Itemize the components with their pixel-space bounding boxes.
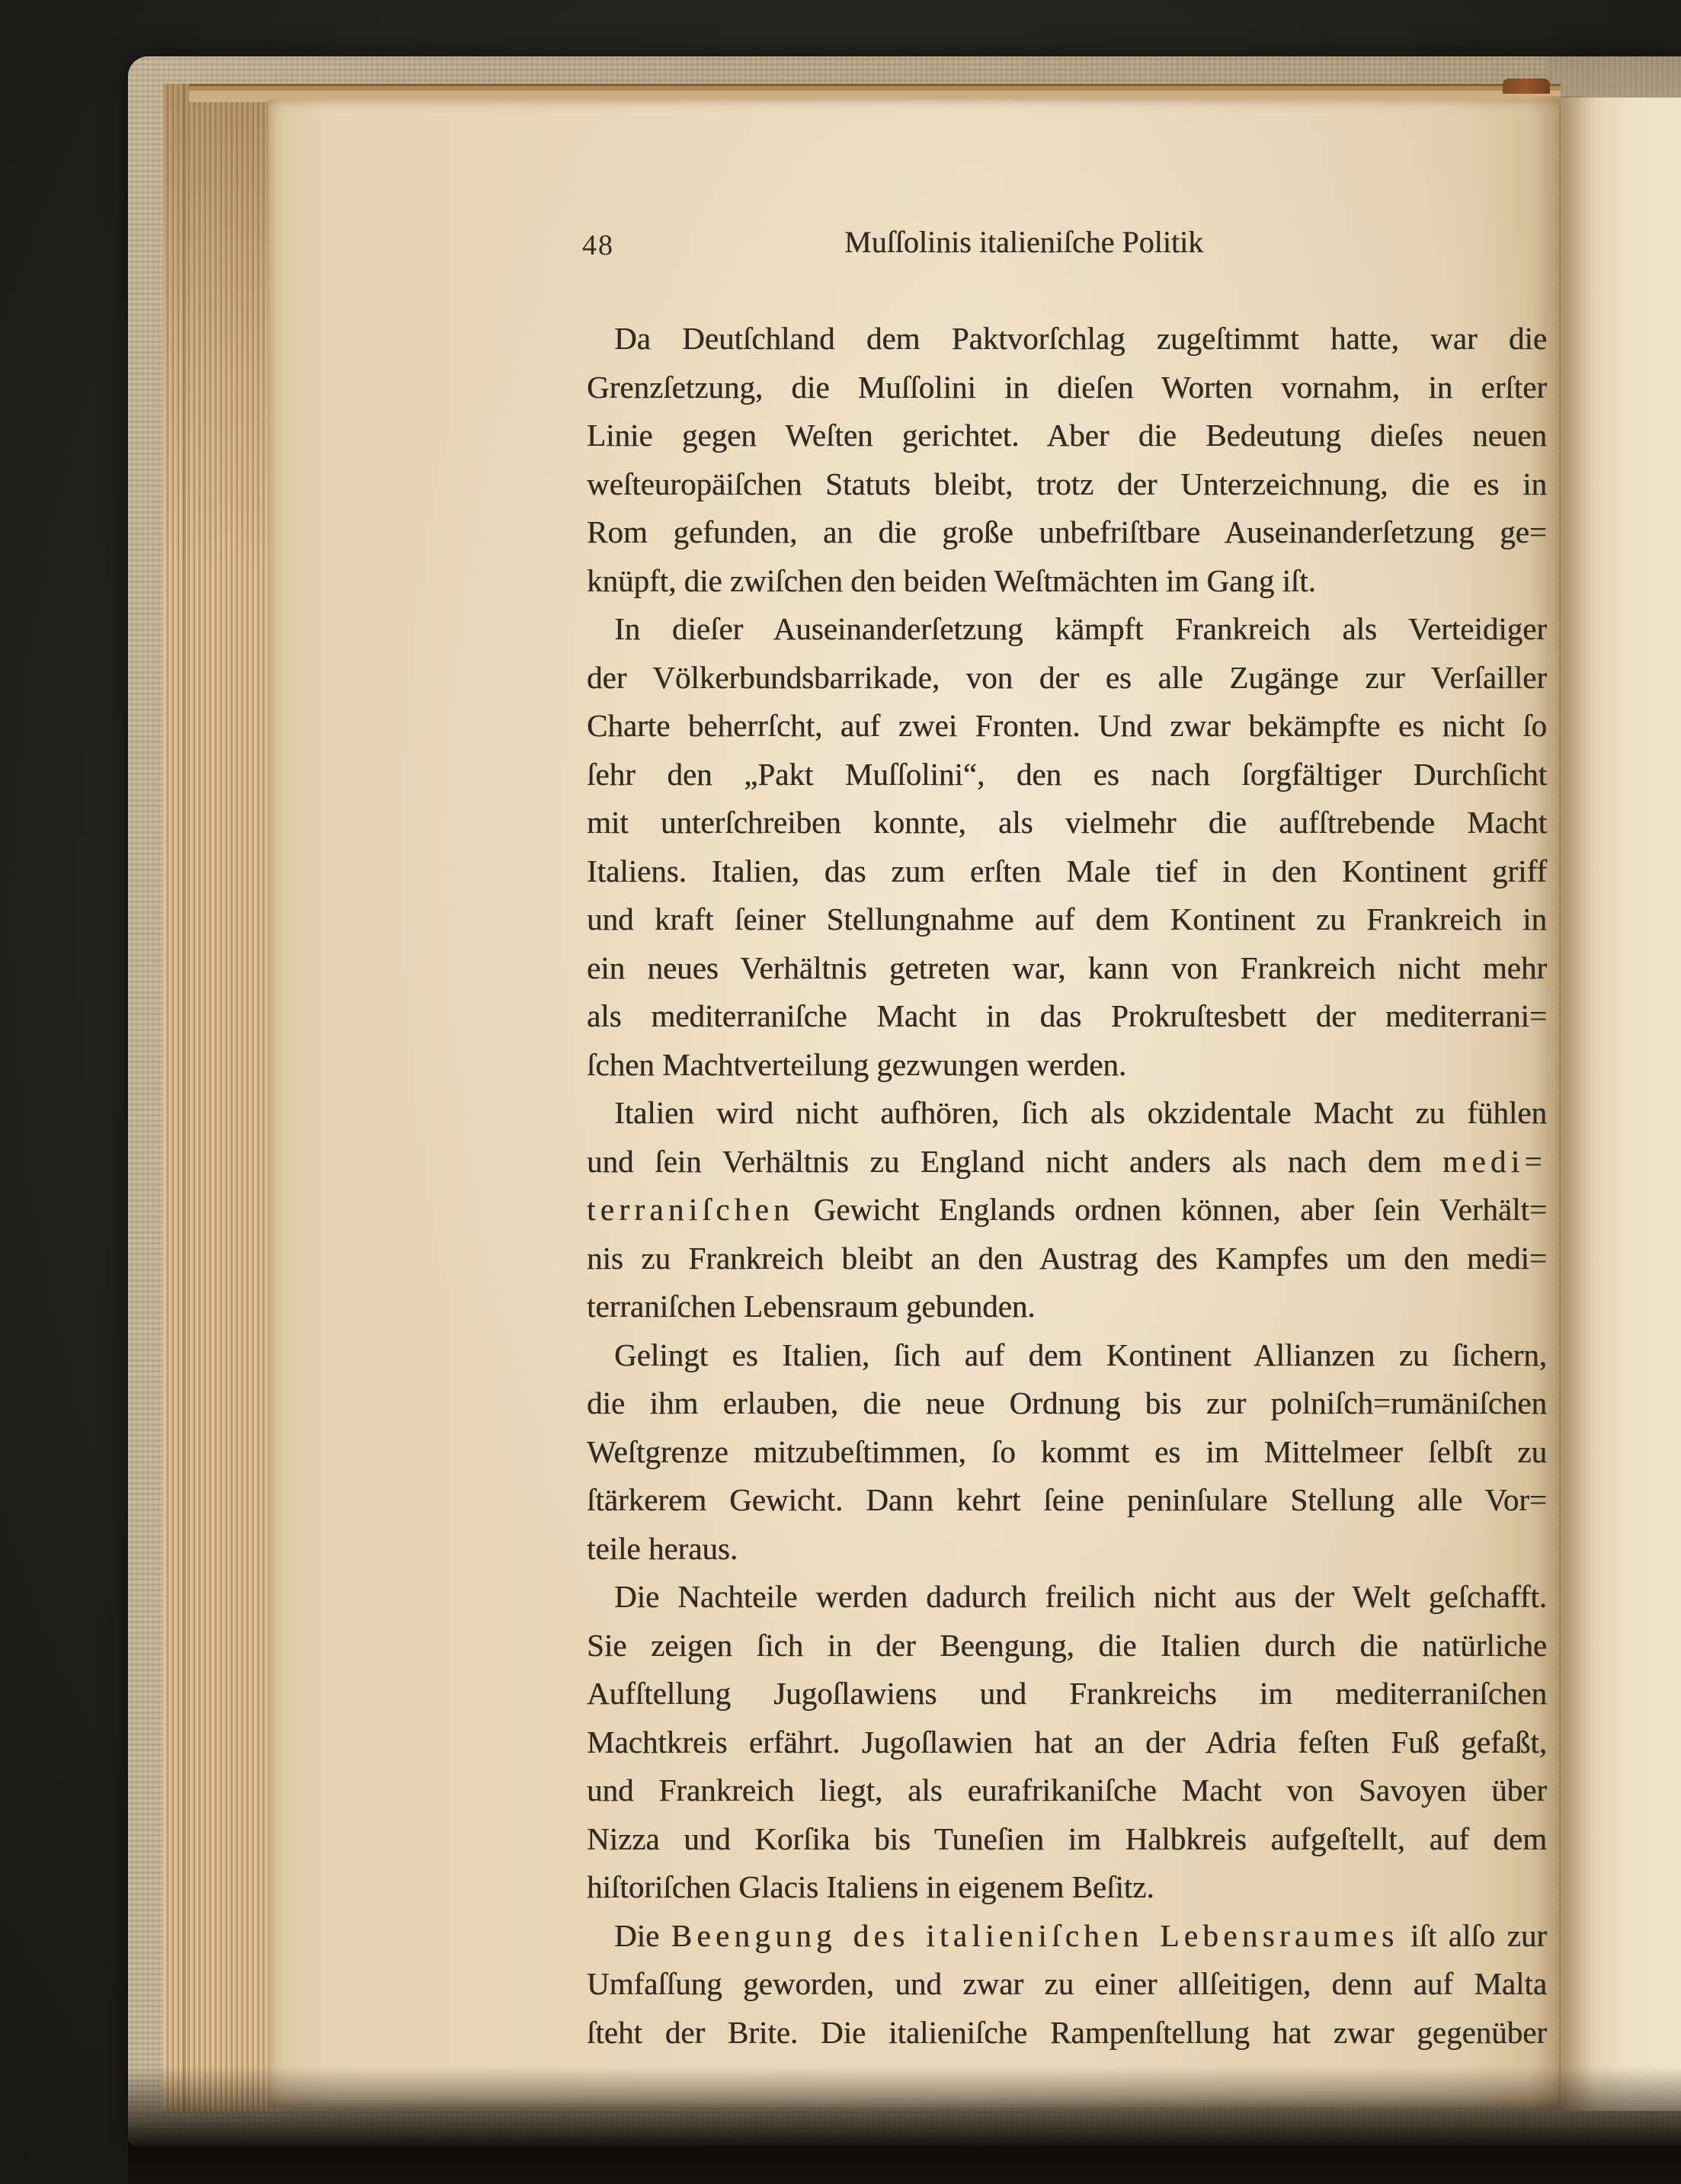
page-number: 48 <box>582 229 614 262</box>
text-segment: Italien wird nicht aufhören, ſich als ok… <box>614 1095 1547 1130</box>
book-cover-right-board <box>1547 56 1681 101</box>
text-line: hiſtoriſchen Glacis Italiens in eigenem … <box>587 1863 1547 1912</box>
text-line: als mediterraniſche Macht in das Prokruſ… <box>587 992 1547 1041</box>
text-line: und ſein Verhältnis zu England nicht and… <box>587 1138 1547 1186</box>
text-segment: Da Deutſchland dem Paktvorſchlag zugeſti… <box>614 321 1547 356</box>
text-line: Linie gegen Weſten gerichtet. Aber die B… <box>587 412 1547 460</box>
text-line: Charte beherrſcht, auf zwei Fronten. Und… <box>587 702 1547 751</box>
text-segment: mit unterſchreiben konnte, als vielmehr … <box>587 805 1547 840</box>
text-line: Machtkreis erfährt. Jugoſlawien hat an d… <box>587 1718 1547 1767</box>
text-segment: nis zu Frankreich bleibt an den Austrag … <box>587 1241 1547 1276</box>
text-line: die ihm erlauben, die neue Ordnung bis z… <box>587 1379 1547 1428</box>
text-segment: ſteht der Brite. Die italieniſche Rampen… <box>587 2015 1547 2050</box>
text-segment: Rom gefunden, an die große unbefriſtbare… <box>587 514 1547 549</box>
text-segment: ſehr den „Pakt Muſſolini“, den es nach ſ… <box>587 757 1547 792</box>
letterspaced-text: Beengung des italieniſchen Lebensraumes <box>671 1918 1399 1953</box>
text-segment: knüpft, die zwiſchen den beiden Weſtmäch… <box>587 563 1316 598</box>
text-line: Die Beengung des italieniſchen Lebensrau… <box>587 1912 1547 1961</box>
headband <box>1503 78 1550 94</box>
text-line: Italiens. Italien, das zum erſten Male t… <box>587 847 1547 896</box>
text-segment: Aufſtellung Jugoſlawiens und Frankreichs… <box>587 1676 1547 1711</box>
text-segment: In dieſer Auseinanderſetzung kämpft Fran… <box>614 611 1547 646</box>
text-segment: Weſtgrenze mitzubeſtimmen, ſo kommt es i… <box>587 1434 1547 1469</box>
text-line: ein neues Verhältnis getreten war, kann … <box>587 944 1547 993</box>
body-text: Da Deutſchland dem Paktvorſchlag zugeſti… <box>587 315 1547 2057</box>
text-segment: iſt alſo zur <box>1398 1918 1547 1953</box>
text-line: weſteuropäiſchen Statuts bleibt, trotz d… <box>587 460 1547 509</box>
text-line: ſtärkerem Gewicht. Dann kehrt ſeine peni… <box>587 1476 1547 1525</box>
text-line: nis zu Frankreich bleibt an den Austrag … <box>587 1235 1547 1283</box>
text-line: Weſtgrenze mitzubeſtimmen, ſo kommt es i… <box>587 1428 1547 1477</box>
text-segment: Gelingt es Italien, ſich auf dem Kontine… <box>614 1337 1547 1372</box>
text-segment: weſteuropäiſchen Statuts bleibt, trotz d… <box>587 466 1547 501</box>
text-segment: der Völkerbundsbarrikade, von der es all… <box>587 660 1547 695</box>
text-segment: Grenzſetzung, die Muſſolini in dieſen Wo… <box>587 370 1547 405</box>
text-segment: ſtärkerem Gewicht. Dann kehrt ſeine peni… <box>587 1482 1547 1517</box>
bottom-shadow <box>128 2067 1681 2184</box>
text-line: und kraft ſeiner Stellungnahme auf dem K… <box>587 895 1547 944</box>
text-segment: ein neues Verhältnis getreten war, kann … <box>587 950 1547 985</box>
text-segment: Linie gegen Weſten gerichtet. Aber die B… <box>587 418 1547 453</box>
text-line: In dieſer Auseinanderſetzung kämpft Fran… <box>587 605 1547 654</box>
text-segment: Nizza und Korſika bis Tuneſien im Halbkr… <box>587 1821 1547 1856</box>
text-segment: Italiens. Italien, das zum erſten Male t… <box>587 853 1547 889</box>
text-line: Da Deutſchland dem Paktvorſchlag zugeſti… <box>587 315 1547 363</box>
text-segment: Die <box>614 1918 671 1953</box>
text-line: terraniſchen Gewicht Englands ordnen kön… <box>587 1186 1547 1235</box>
text-line: der Völkerbundsbarrikade, von der es all… <box>587 654 1547 703</box>
text-line: ſteht der Brite. Die italieniſche Rampen… <box>587 2009 1547 2058</box>
text-segment: Charte beherrſcht, auf zwei Fronten. Und… <box>587 708 1547 743</box>
text-line: und Frankreich liegt, als eurafrikaniſch… <box>587 1766 1547 1815</box>
letterspaced-text: medi= <box>1442 1144 1547 1179</box>
text-line: Sie zeigen ſich in der Beengung, die Ita… <box>587 1622 1547 1670</box>
text-segment: hiſtoriſchen Glacis Italiens in eigenem … <box>587 1869 1154 1904</box>
text-segment: und Frankreich liegt, als eurafrikaniſch… <box>587 1772 1547 1808</box>
letterspaced-text: terraniſchen <box>587 1192 794 1227</box>
page-fore-edge-stack <box>163 84 276 2111</box>
text-line: Aufſtellung Jugoſlawiens und Frankreichs… <box>587 1670 1547 1718</box>
text-line: Nizza und Korſika bis Tuneſien im Halbkr… <box>587 1815 1547 1864</box>
text-line: knüpft, die zwiſchen den beiden Weſtmäch… <box>587 557 1547 606</box>
running-header: Muſſolinis italieniſche Politik <box>844 224 1203 260</box>
text-line: ſchen Machtverteilung gezwungen werden. <box>587 1041 1547 1090</box>
text-segment: ſchen Machtverteilung gezwungen werden. <box>587 1047 1126 1082</box>
text-line: Die Nachteile werden dadurch freilich ni… <box>587 1573 1547 1622</box>
text-segment: und kraft ſeiner Stellungnahme auf dem K… <box>587 901 1547 937</box>
text-segment: die ihm erlauben, die neue Ordnung bis z… <box>587 1385 1547 1420</box>
text-segment: und ſein Verhältnis zu England nicht and… <box>587 1144 1442 1179</box>
text-segment: teile heraus. <box>587 1531 738 1566</box>
text-line: Grenzſetzung, die Muſſolini in dieſen Wo… <box>587 363 1547 412</box>
text-segment: terraniſchen Lebensraum gebunden. <box>587 1289 1036 1324</box>
text-line: Umfaſſung geworden, und zwar zu einer al… <box>587 1960 1547 2009</box>
text-line: terraniſchen Lebensraum gebunden. <box>587 1283 1547 1331</box>
text-line: Rom gefunden, an die große unbefriſtbare… <box>587 508 1547 557</box>
text-segment: Gewicht Englands ordnen können, aber ſei… <box>794 1192 1547 1227</box>
text-segment: Die Nachteile werden dadurch freilich ni… <box>614 1579 1547 1614</box>
text-segment: als mediterraniſche Macht in das Prokruſ… <box>587 998 1547 1033</box>
text-line: Italien wird nicht aufhören, ſich als ok… <box>587 1089 1547 1138</box>
text-line: ſehr den „Pakt Muſſolini“, den es nach ſ… <box>587 751 1547 799</box>
text-line: teile heraus. <box>587 1525 1547 1574</box>
text-line: Gelingt es Italien, ſich auf dem Kontine… <box>587 1331 1547 1380</box>
text-segment: Sie zeigen ſich in der Beengung, die Ita… <box>587 1628 1547 1663</box>
text-segment: Machtkreis erfährt. Jugoſlawien hat an d… <box>587 1724 1547 1760</box>
text-segment: Umfaſſung geworden, und zwar zu einer al… <box>587 1966 1547 2001</box>
text-line: mit unterſchreiben konnte, als vielmehr … <box>587 799 1547 847</box>
